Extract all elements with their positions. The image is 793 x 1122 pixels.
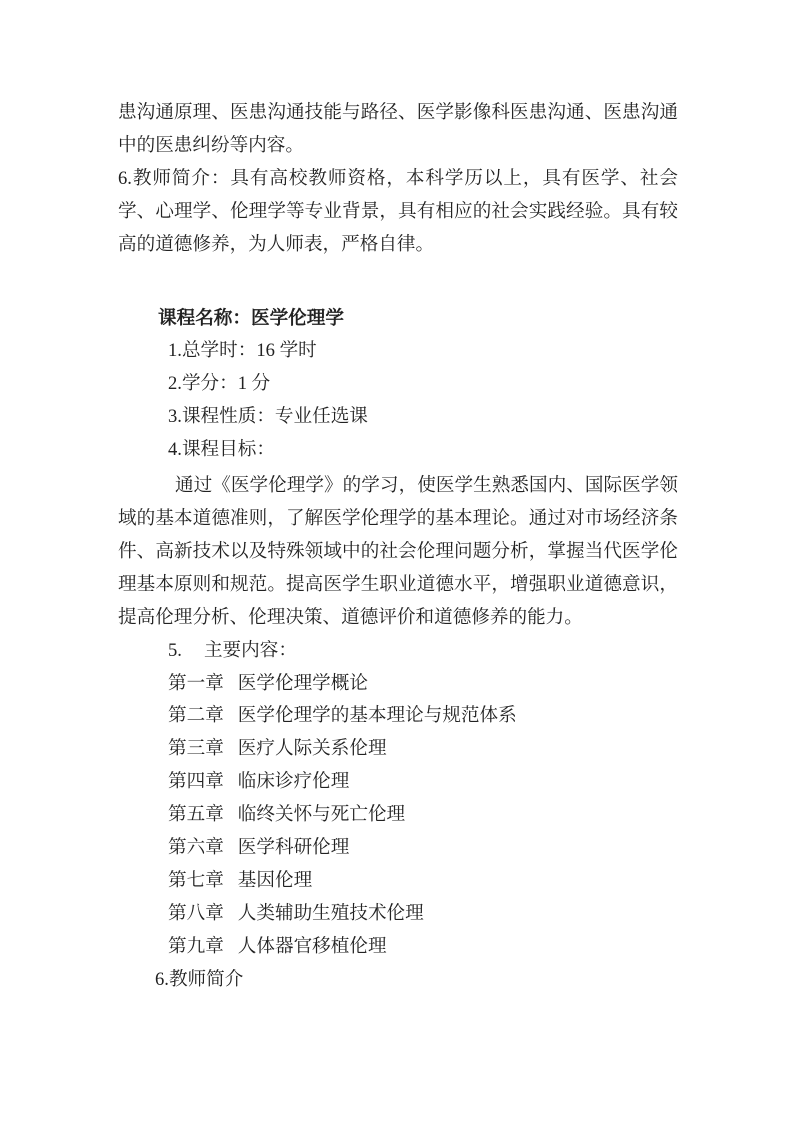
- course-item-objectives-label: 4.课程目标：: [118, 434, 678, 467]
- chapter-number: 第四章: [168, 766, 224, 799]
- continuation-paragraph: 患沟通原理、医患沟通技能与路径、医学影像科医患沟通、医患沟通中的医患纠纷等内容。: [118, 97, 678, 163]
- chapter-title: 医学伦理学概论: [238, 668, 368, 701]
- teacher-intro-heading: 6.教师简介: [118, 964, 678, 997]
- course-item-credits: 2.学分：1 分: [118, 368, 678, 401]
- chapter-item: 第七章 基因伦理: [118, 865, 678, 898]
- chapter-title: 临床诊疗伦理: [238, 766, 350, 799]
- chapter-number: 第一章: [168, 668, 224, 701]
- main-content-line: 5.主要内容：: [118, 635, 678, 668]
- chapter-item: 第八章 人类辅助生殖技术伦理: [118, 898, 678, 931]
- document-page: 患沟通原理、医患沟通技能与路径、医学影像科医患沟通、医患沟通中的医患纠纷等内容。…: [0, 0, 793, 1122]
- course-item-total-hours: 1.总学时：16 学时: [118, 335, 678, 368]
- chapter-item: 第一章 医学伦理学概论: [118, 668, 678, 701]
- chapter-title: 基因伦理: [238, 865, 312, 898]
- main-content-label: 主要内容：: [204, 640, 297, 661]
- chapter-item: 第六章 医学科研伦理: [118, 832, 678, 865]
- chapter-title: 医疗人际关系伦理: [238, 733, 387, 766]
- chapter-number: 第七章: [168, 865, 224, 898]
- course-item-course-type: 3.课程性质：专业任选课: [118, 401, 678, 434]
- chapter-number: 第八章: [168, 898, 224, 931]
- chapter-list: 第一章 医学伦理学概论 第二章 医学伦理学的基本理论与规范体系 第三章 医疗人际…: [118, 668, 678, 964]
- chapter-title: 临终关怀与死亡伦理: [238, 799, 405, 832]
- course-name-heading: 课程名称：医学伦理学: [118, 303, 678, 336]
- chapter-number: 第二章: [168, 700, 224, 733]
- course-objective-paragraph: 通过《医学伦理学》的学习，使医学生熟悉国内、国际医学领域的基本道德准则，了解医学…: [118, 470, 678, 635]
- chapter-item: 第九章 人体器官移植伦理: [118, 931, 678, 964]
- chapter-number: 第五章: [168, 799, 224, 832]
- chapter-item: 第三章 医疗人际关系伦理: [118, 733, 678, 766]
- main-content-number: 5.: [168, 640, 182, 661]
- chapter-number: 第三章: [168, 733, 224, 766]
- teacher-intro-paragraph: 6.教师简介：具有高校教师资格，本科学历以上，具有医学、社会学、心理学、伦理学等…: [118, 163, 678, 262]
- chapter-title: 人体器官移植伦理: [238, 931, 387, 964]
- chapter-title: 医学科研伦理: [238, 832, 350, 865]
- chapter-title: 人类辅助生殖技术伦理: [238, 898, 424, 931]
- chapter-number: 第九章: [168, 931, 224, 964]
- chapter-item: 第五章 临终关怀与死亡伦理: [118, 799, 678, 832]
- page-content: 患沟通原理、医患沟通技能与路径、医学影像科医患沟通、医患沟通中的医患纠纷等内容。…: [0, 0, 793, 997]
- chapter-item: 第二章 医学伦理学的基本理论与规范体系: [118, 700, 678, 733]
- chapter-number: 第六章: [168, 832, 224, 865]
- chapter-title: 医学伦理学的基本理论与规范体系: [238, 700, 517, 733]
- chapter-item: 第四章 临床诊疗伦理: [118, 766, 678, 799]
